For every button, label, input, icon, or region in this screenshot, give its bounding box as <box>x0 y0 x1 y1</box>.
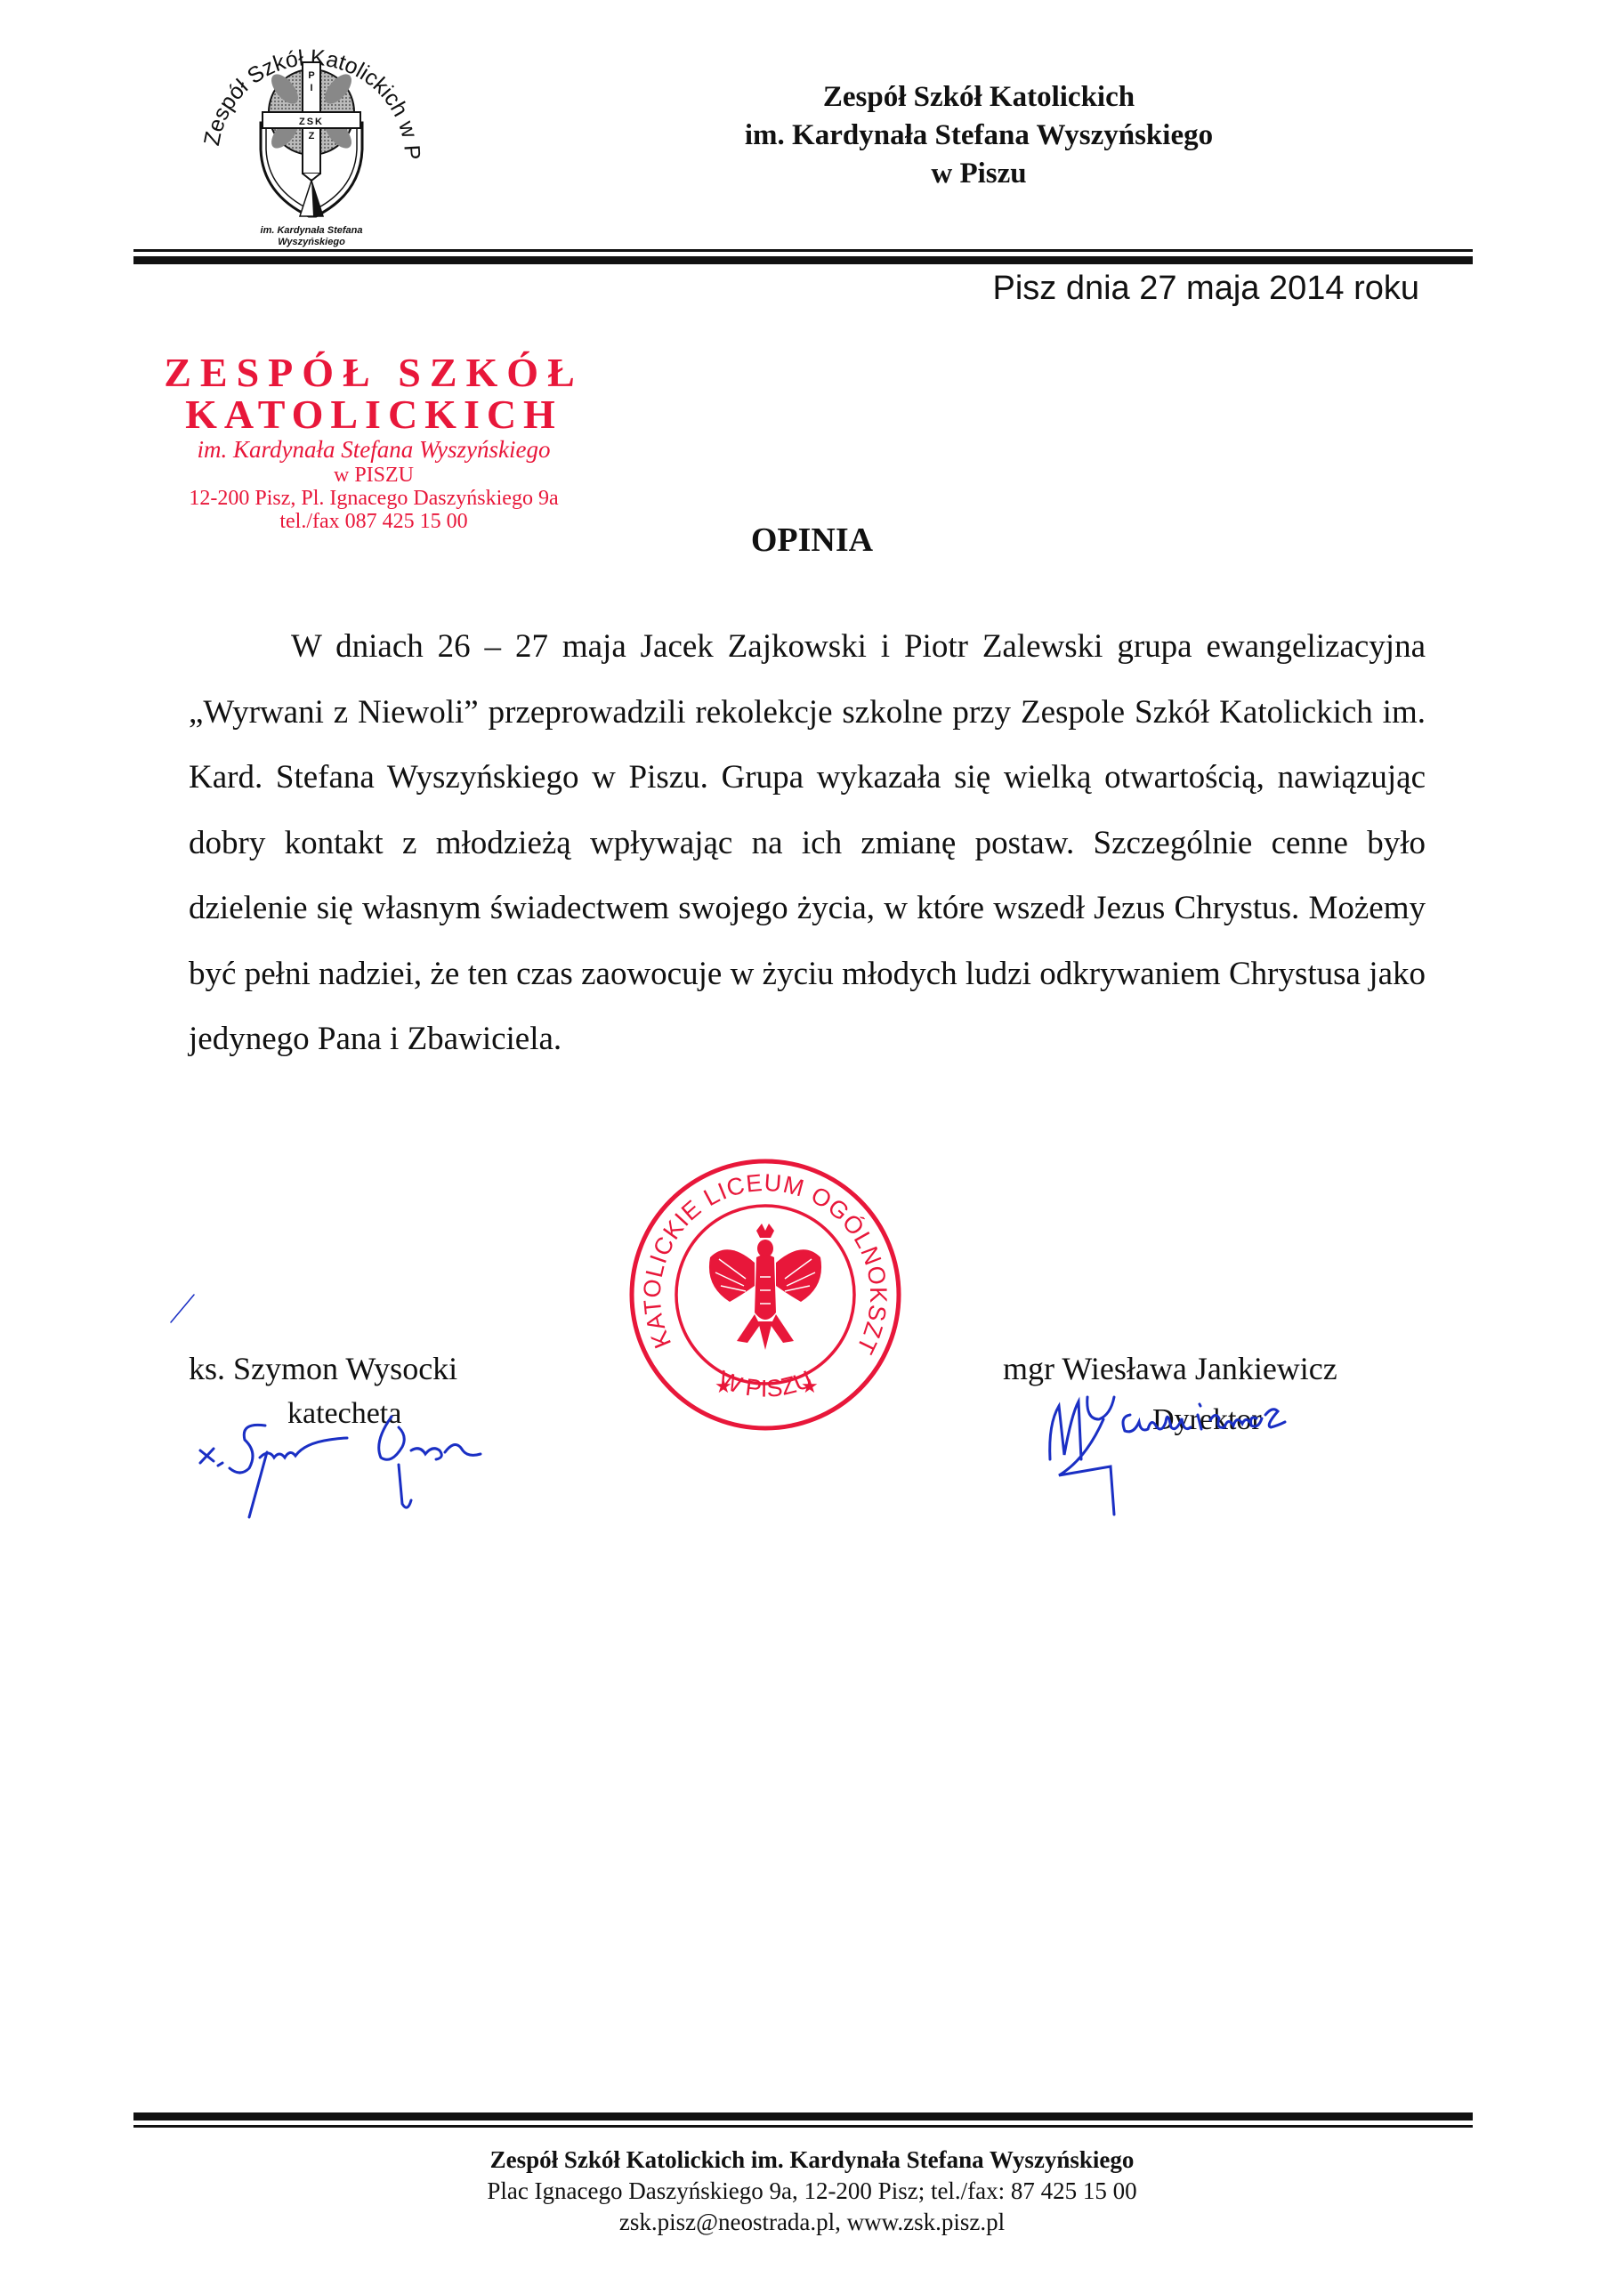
document-title: OPINIA <box>0 521 1624 560</box>
footer-address: Plac Ignacego Daszyńskiego 9a, 12-200 Pi… <box>0 2176 1624 2207</box>
letter-date: Pisz dnia 27 maja 2014 roku <box>934 270 1419 308</box>
star-icon: ★ <box>801 1376 819 1398</box>
stamp-line5: 12-200 Pisz, Pl. Ignacego Daszyńskiego 9… <box>160 487 587 510</box>
school-name-line2: im. Kardynała Stefana Wyszyńskiego <box>623 117 1335 155</box>
svg-text:im. Kardynała Stefana: im. Kardynała Stefana <box>261 225 363 236</box>
round-school-seal: KATOLICKIE LICEUM OGÓLNOKSZTAŁCĄCE W PIS… <box>623 1152 908 1437</box>
stamp-line3: im. Kardynała Stefana Wyszyńskiego <box>160 435 587 464</box>
star-icon: ★ <box>715 1376 732 1398</box>
svg-text:ZSK: ZSK <box>299 117 324 127</box>
svg-text:I: I <box>310 83 312 93</box>
footer-rule-thick <box>133 2112 1473 2120</box>
svg-text:P: P <box>308 70 314 81</box>
opinion-body: W dniach 26 – 27 maja Jacek Zajkowski i … <box>189 614 1426 1072</box>
stamp-line1: ZESPÓŁ SZKÓŁ <box>160 351 587 394</box>
footer-school-name: Zespół Szkół Katolickich im. Kardynała S… <box>0 2145 1624 2176</box>
stamp-line2: KATOLICKICH <box>160 394 587 435</box>
header-rule-thin <box>133 249 1473 252</box>
handwritten-signature-left <box>160 1264 623 1531</box>
header-rule-thick <box>133 256 1473 264</box>
school-rect-stamp: ZESPÓŁ SZKÓŁ KATOLICKICH im. Kardynała S… <box>160 351 587 533</box>
handwritten-signature-right <box>1032 1370 1424 1522</box>
svg-text:Wyszyńskiego: Wyszyńskiego <box>278 237 345 247</box>
school-name-line3: w Piszu <box>623 155 1335 193</box>
footer-email-web: zsk.pisz@neostrada.pl, www.zsk.pisz.pl <box>0 2207 1624 2238</box>
school-logo: Zespół Szkół Katolickich w Piszu P I ZSK… <box>191 25 432 247</box>
school-letterhead: Zespół Szkół Katolickich im. Kardynała S… <box>623 78 1335 193</box>
school-name-line1: Zespół Szkół Katolickich <box>623 78 1335 117</box>
stamp-line4: w PISZU <box>160 464 587 487</box>
footer-rule-thin <box>133 2125 1473 2128</box>
svg-text:Z: Z <box>309 131 315 141</box>
footer-contact: Zespół Szkół Katolickich im. Kardynała S… <box>0 2145 1624 2238</box>
